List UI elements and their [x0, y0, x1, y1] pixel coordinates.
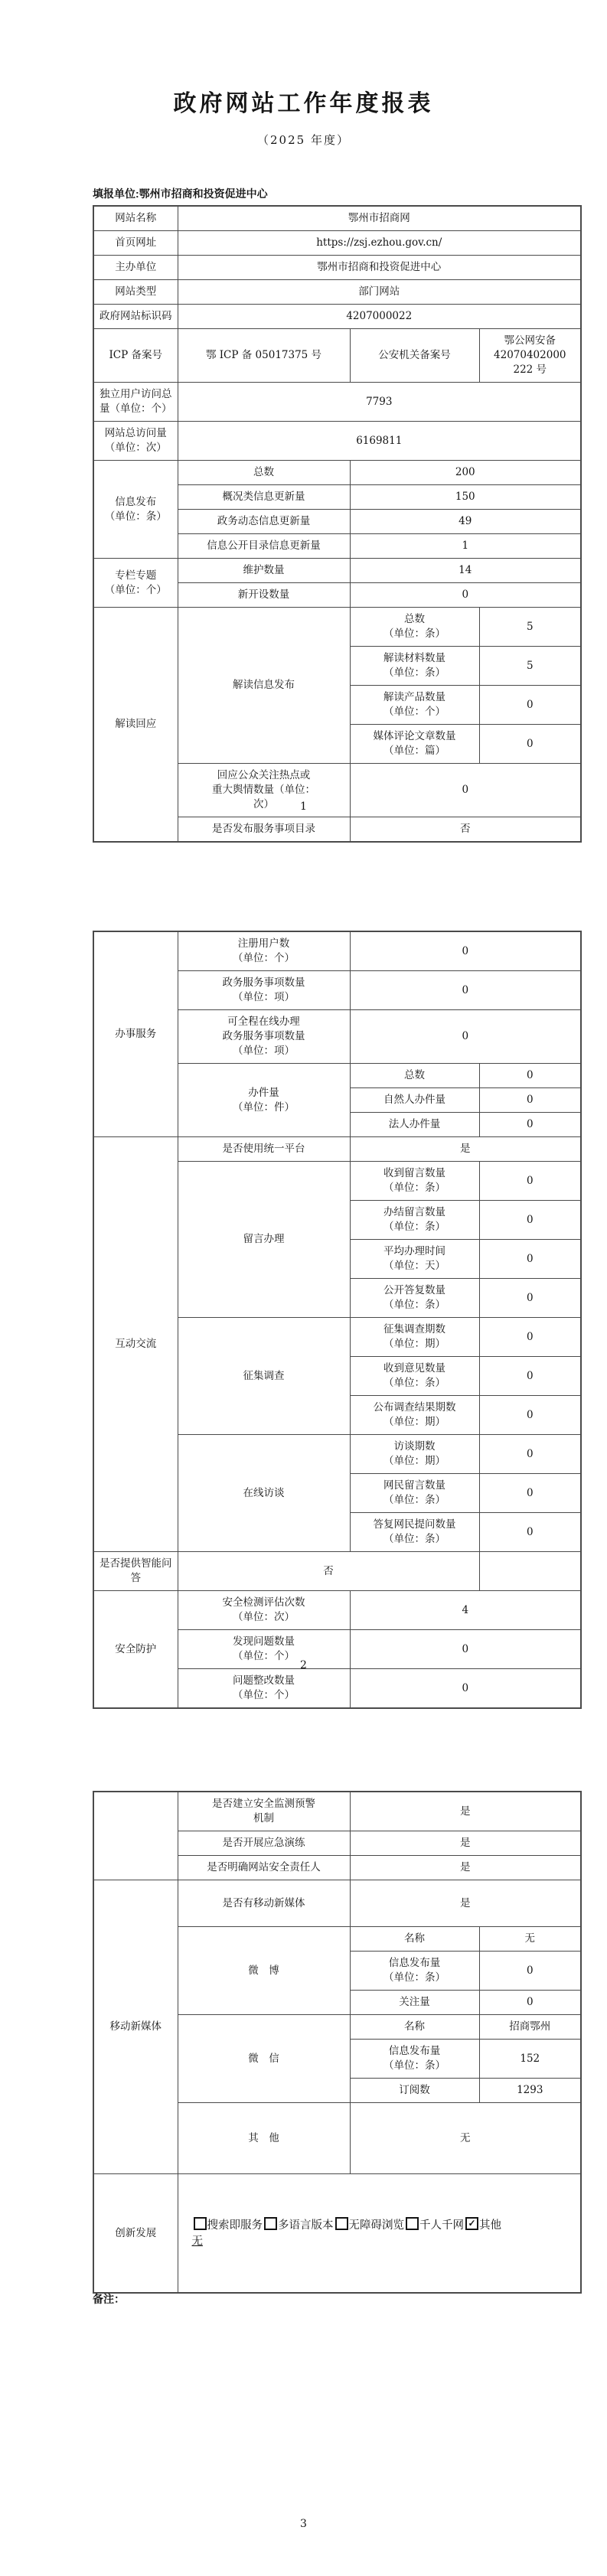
msg-received-label: 收到留言数量 （单位：条）	[350, 1162, 479, 1201]
cell-line2: 重大舆情数量（单位：	[181, 783, 347, 797]
cell-unit: （单位：次）	[181, 1610, 347, 1625]
row-security-checks: 安全防护 安全检测评估次数 （单位：次） 4	[93, 1591, 581, 1630]
police-record-value: 鄂公网安备 42070402000 222 号	[479, 329, 581, 383]
filer-unit: 填报单位:鄂州市招商和投资促进中心	[93, 186, 268, 201]
note-label: 备注：	[93, 2291, 125, 2307]
cell-line1: 可全程在线办理	[181, 1015, 347, 1029]
talk-count-label: 访谈期数 （单位：期）	[350, 1435, 479, 1474]
info-overview-label: 概况类信息更新量	[178, 485, 350, 510]
talk-section-label: 在线访谈	[178, 1435, 350, 1552]
talk-replies-value: 0	[479, 1513, 581, 1552]
checkbox-other-checked: ✓	[465, 2217, 478, 2230]
smart-qa-label: 是否提供智能问答	[93, 1552, 178, 1591]
weibo-followers-value: 0	[479, 1991, 581, 2015]
problems-fixed-value: 0	[350, 1669, 581, 1709]
cell-line1: 是否建立安全监测预警	[181, 1797, 347, 1811]
msg-avg-time-label: 平均办理时间 （单位：天）	[350, 1240, 479, 1279]
talk-messages-label: 网民留言数量 （单位：条）	[350, 1474, 479, 1513]
info-pub-unit: （单位：条）	[97, 510, 175, 524]
site-name-value: 鄂州市招商网	[178, 206, 581, 231]
page-number-3: 3	[0, 2518, 607, 2530]
cell-label: 收到意见数量	[354, 1361, 476, 1376]
volume-legal-label: 法人办件量	[350, 1113, 479, 1137]
row-innovation: 创新发展 搜索即服务多语言版本无障碍浏览千人千网✓其他 无	[93, 2174, 581, 2294]
info-catalog-label: 信息公开目录信息更新量	[178, 534, 350, 559]
info-pub-label: 信息发布	[97, 495, 175, 510]
cell-unit: （单位：件）	[181, 1101, 347, 1115]
unique-visitors-value: 7793	[178, 383, 581, 422]
security-section-label: 安全防护	[93, 1591, 178, 1709]
wechat-name-value: 招商鄂州	[479, 2015, 581, 2040]
uv-line1: 独立用户访问总	[97, 387, 175, 402]
cell-label: 解读材料数量	[354, 651, 476, 666]
cell-label: 征集调查期数	[354, 1322, 476, 1337]
service-interaction-table: 办事服务 注册用户数 （单位：个） 0 政务服务事项数量 （单位：项） 0 可全…	[93, 931, 582, 1709]
option-label: 无障碍浏览	[349, 2219, 405, 2232]
police-record-line3: 222 号	[483, 363, 578, 377]
unified-platform-value: 是	[350, 1137, 581, 1162]
cell-unit: （单位：条）	[354, 1298, 476, 1312]
survey-results-label: 公布调查结果期数 （单位：期）	[350, 1396, 479, 1435]
info-total-value: 200	[350, 461, 581, 485]
service-items-label: 政务服务事项数量 （单位：项）	[178, 971, 350, 1010]
checkbox-personalized	[406, 2217, 419, 2230]
row-home-url: 首页网址 https://zsj.ezhou.gov.cn/	[93, 231, 581, 256]
row-has-mobile-media: 移动新媒体 是否有移动新媒体 是	[93, 1880, 581, 1927]
site-type-label: 网站类型	[93, 280, 178, 305]
info-dynamic-label: 政务动态信息更新量	[178, 510, 350, 534]
column-new-value: 0	[350, 583, 581, 608]
cell-label: 平均办理时间	[354, 1244, 476, 1259]
cell-unit: （单位：个）	[181, 1688, 347, 1703]
interpret-material-value: 5	[479, 647, 581, 686]
row-total-visits: 网站总访问量 （单位：次） 6169811	[93, 422, 581, 461]
unique-visitors-label: 独立用户访问总 量（单位：个）	[93, 383, 178, 422]
weibo-name-label: 名称	[350, 1927, 479, 1952]
security-checks-value: 4	[350, 1591, 581, 1630]
innovation-section-label: 创新发展	[93, 2174, 178, 2294]
monitor-warning-label: 是否建立安全监测预警 机制	[178, 1792, 350, 1831]
cell-label: 政务服务事项数量	[181, 976, 347, 990]
security-checks-label: 安全检测评估次数 （单位：次）	[178, 1591, 350, 1630]
info-pub-section-label: 信息发布 （单位：条）	[93, 461, 178, 559]
info-dynamic-value: 49	[350, 510, 581, 534]
cell-label: 公布调查结果期数	[354, 1400, 476, 1415]
registered-users-value: 0	[350, 931, 581, 971]
weibo-section-label: 微 博	[178, 1927, 350, 2015]
survey-opinions-value: 0	[479, 1357, 581, 1396]
checkbox-multilingual	[264, 2217, 277, 2230]
cell-label: 信息发布量	[354, 1956, 476, 1971]
volume-total-value: 0	[479, 1064, 581, 1088]
home-url-value: https://zsj.ezhou.gov.cn/	[178, 231, 581, 256]
msg-done-label: 办结留言数量 （单位：条）	[350, 1201, 479, 1240]
cell-label: 办件量	[181, 1086, 347, 1101]
cell-unit: （单位：期）	[354, 1337, 476, 1352]
other-media-label: 其 他	[178, 2103, 350, 2174]
icp-value: 鄂 ICP 备 05017375 号	[178, 329, 350, 383]
total-visits-value: 6169811	[178, 422, 581, 461]
pv-unit: （单位：次）	[97, 441, 175, 455]
has-mobile-media-label: 是否有移动新媒体	[178, 1880, 350, 1927]
wechat-posts-label: 信息发布量 （单位：条）	[350, 2040, 479, 2079]
innovation-options-line: 搜索即服务多语言版本无障碍浏览千人千网✓其他	[192, 2217, 567, 2233]
column-maintain-value: 14	[350, 559, 581, 583]
security-officer-label: 是否明确网站安全责任人	[178, 1856, 350, 1880]
cell-unit: （单位：条）	[354, 627, 476, 641]
service-catalog-label: 是否发布服务事项目录	[178, 817, 350, 843]
cell-unit: （单位：条）	[354, 1181, 476, 1195]
weibo-followers-label: 关注量	[350, 1991, 479, 2015]
interpret-pub-label: 解读信息发布	[178, 608, 350, 764]
interpret-material-label: 解读材料数量 （单位：条）	[350, 647, 479, 686]
police-record-line1: 鄂公网安备	[483, 334, 578, 348]
option-label: 多语言版本	[278, 2219, 334, 2232]
cell-line3: （单位：项）	[181, 1044, 347, 1058]
cell-label: 问题整改数量	[181, 1674, 347, 1688]
pv-label: 网站总访问量	[97, 426, 175, 441]
interpret-total-value: 5	[479, 608, 581, 647]
cell-unit: （单位：条）	[354, 1376, 476, 1391]
cell-label: 发现问题数量	[181, 1635, 347, 1649]
unified-platform-label: 是否使用统一平台	[178, 1137, 350, 1162]
weibo-posts-value: 0	[479, 1952, 581, 1991]
msg-avg-time-value: 0	[479, 1240, 581, 1279]
cell-unit: （单位：项）	[181, 990, 347, 1005]
option-label: 千人千网	[419, 2219, 464, 2232]
msg-public-reply-label: 公开答复数量 （单位：条）	[350, 1279, 479, 1318]
site-code-value: 4207000022	[178, 305, 581, 329]
cell-line2: 机制	[181, 1811, 347, 1826]
site-type-value: 部门网站	[178, 280, 581, 305]
site-code-label: 政府网站标识码	[93, 305, 178, 329]
emergency-drill-label: 是否开展应急演练	[178, 1831, 350, 1856]
doc-title: 政府网站工作年度报表	[0, 84, 607, 118]
cell-unit: （单位：篇）	[354, 744, 476, 758]
service-items-value: 0	[350, 971, 581, 1010]
row-unified-platform: 互动交流 是否使用统一平台 是	[93, 1137, 581, 1162]
cell-unit: （单位：条）	[354, 1220, 476, 1234]
msg-public-reply-value: 0	[479, 1279, 581, 1318]
doc-subtitle: （2025 年度）	[0, 132, 607, 148]
row-info-total: 信息发布 （单位：条） 总数 200	[93, 461, 581, 485]
emergency-drill-value: 是	[350, 1831, 581, 1856]
online-items-label: 可全程在线办理 政务服务事项数量 （单位：项）	[178, 1010, 350, 1064]
security-mobile-table: 是否建立安全监测预警 机制 是 是否开展应急演练 是 是否明确网站安全责任人 是…	[93, 1791, 582, 2294]
cell-line1: 回应公众关注热点或	[181, 768, 347, 783]
interpret-product-value: 0	[479, 686, 581, 725]
info-catalog-value: 1	[350, 534, 581, 559]
column-label: 专栏专题	[97, 569, 175, 583]
interpret-total-label: 总数 （单位：条）	[350, 608, 479, 647]
page-number-2: 2	[0, 1659, 607, 1671]
online-items-value: 0	[350, 1010, 581, 1064]
row-site-name: 网站名称 鄂州市招商网	[93, 206, 581, 231]
row-registered-users: 办事服务 注册用户数 （单位：个） 0	[93, 931, 581, 971]
talk-replies-label: 答复网民提问数量 （单位：条）	[350, 1513, 479, 1552]
security-officer-value: 是	[350, 1856, 581, 1880]
cell-unit: （单位：条）	[354, 2059, 476, 2073]
message-section-label: 留言办理	[178, 1162, 350, 1318]
innovation-other-text: 无	[192, 2235, 204, 2248]
row-interpret-total: 解读回应 解读信息发布 总数 （单位：条） 5	[93, 608, 581, 647]
cell-label: 总数	[354, 612, 476, 627]
wechat-subscribers-value: 1293	[479, 2079, 581, 2103]
volume-person-label: 自然人办件量	[350, 1088, 479, 1113]
cell-unit: （单位：条）	[354, 666, 476, 680]
row-site-type: 网站类型 部门网站	[93, 280, 581, 305]
icp-label: ICP 备案号	[93, 329, 178, 383]
problems-fixed-label: 问题整改数量 （单位：个）	[178, 1669, 350, 1709]
info-overview-value: 150	[350, 485, 581, 510]
talk-messages-value: 0	[479, 1474, 581, 1513]
interpret-media-label: 媒体评论文章数量 （单位：篇）	[350, 725, 479, 764]
volume-person-value: 0	[479, 1088, 581, 1113]
security-continued-cell	[93, 1792, 178, 1880]
sponsor-label: 主办单位	[93, 256, 178, 280]
survey-section-label: 征集调查	[178, 1318, 350, 1435]
survey-opinions-label: 收到意见数量 （单位：条）	[350, 1357, 479, 1396]
row-icp: ICP 备案号 鄂 ICP 备 05017375 号 公安机关备案号 鄂公网安备…	[93, 329, 581, 383]
cell-label: 公开答复数量	[354, 1283, 476, 1298]
weibo-name-value: 无	[479, 1927, 581, 1952]
cell-label: 网民留言数量	[354, 1479, 476, 1493]
has-mobile-media-value: 是	[350, 1880, 581, 1927]
wechat-posts-value: 152	[479, 2040, 581, 2079]
page-number-1: 1	[0, 801, 607, 813]
cell-label: 答复网民提问数量	[354, 1518, 476, 1532]
column-unit: （单位：个）	[97, 583, 175, 598]
column-section-label: 专栏专题 （单位：个）	[93, 559, 178, 608]
weibo-posts-label: 信息发布量 （单位：条）	[350, 1952, 479, 1991]
wechat-name-label: 名称	[350, 2015, 479, 2040]
cell-unit: （单位：个）	[354, 705, 476, 719]
row-unique-visitors: 独立用户访问总 量（单位：个） 7793	[93, 383, 581, 422]
cell-unit: （单位：期）	[354, 1415, 476, 1430]
row-monitor-warning: 是否建立安全监测预警 机制 是	[93, 1792, 581, 1831]
wechat-subscribers-label: 订阅数	[350, 2079, 479, 2103]
other-media-value: 无	[350, 2103, 581, 2174]
cell-unit: （单位：期）	[354, 1454, 476, 1469]
smart-qa-value: 否	[178, 1552, 479, 1591]
cell-label: 办结留言数量	[354, 1205, 476, 1220]
police-record-line2: 42070402000	[483, 348, 578, 363]
interpret-product-label: 解读产品数量 （单位：个）	[350, 686, 479, 725]
msg-done-value: 0	[479, 1201, 581, 1240]
cell-unit: （单位：条）	[354, 1971, 476, 1985]
column-new-label: 新开设数量	[178, 583, 350, 608]
basic-info-table: 网站名称 鄂州市招商网 首页网址 https://zsj.ezhou.gov.c…	[93, 205, 582, 843]
home-url-label: 首页网址	[93, 231, 178, 256]
mobile-section-label: 移动新媒体	[93, 1880, 178, 2174]
option-label: 搜索即服务	[207, 2219, 263, 2232]
interaction-section-label: 互动交流	[93, 1137, 178, 1552]
sponsor-value: 鄂州市招商和投资促进中心	[178, 256, 581, 280]
survey-count-value: 0	[479, 1318, 581, 1357]
row-smart-qa: 是否提供智能问答 否	[93, 1552, 581, 1591]
cell-label: 访谈期数	[354, 1440, 476, 1454]
cell-unit: （单位：个）	[181, 951, 347, 966]
cell-line2: 政务服务事项数量	[181, 1029, 347, 1044]
row-column-maintain: 专栏专题 （单位：个） 维护数量 14	[93, 559, 581, 583]
monitor-warning-value: 是	[350, 1792, 581, 1831]
row-sponsor: 主办单位 鄂州市招商和投资促进中心	[93, 256, 581, 280]
cell-unit: （单位：条）	[354, 1532, 476, 1547]
service-section-label: 办事服务	[93, 931, 178, 1137]
info-total-label: 总数	[178, 461, 350, 485]
row-site-code: 政府网站标识码 4207000022	[93, 305, 581, 329]
innovation-content: 搜索即服务多语言版本无障碍浏览千人千网✓其他 无	[178, 2174, 581, 2294]
cell-unit: （单位：条）	[354, 1493, 476, 1508]
site-name-label: 网站名称	[93, 206, 178, 231]
police-record-label: 公安机关备案号	[350, 329, 479, 383]
volume-legal-value: 0	[479, 1113, 581, 1137]
cell-label: 安全检测评估次数	[181, 1596, 347, 1610]
cell-label: 媒体评论文章数量	[354, 729, 476, 744]
wechat-section-label: 微 信	[178, 2015, 350, 2103]
cell-label: 收到留言数量	[354, 1166, 476, 1181]
column-maintain-label: 维护数量	[178, 559, 350, 583]
registered-users-label: 注册用户数 （单位：个）	[178, 931, 350, 971]
cell-label: 解读产品数量	[354, 690, 476, 705]
volume-total-label: 总数	[350, 1064, 479, 1088]
checkbox-search-service	[194, 2217, 207, 2230]
checkbox-accessibility	[335, 2217, 348, 2230]
total-visits-label: 网站总访问量 （单位：次）	[93, 422, 178, 461]
uv-line2: 量（单位：个）	[97, 402, 175, 416]
cell-label: 注册用户数	[181, 937, 347, 951]
service-catalog-value: 否	[350, 817, 581, 843]
cell-unit: （单位：天）	[354, 1259, 476, 1273]
volume-section-label: 办件量 （单位：件）	[178, 1064, 350, 1137]
talk-count-value: 0	[479, 1435, 581, 1474]
survey-count-label: 征集调查期数 （单位：期）	[350, 1318, 479, 1357]
msg-received-value: 0	[479, 1162, 581, 1201]
interpret-media-value: 0	[479, 725, 581, 764]
cell-label: 信息发布量	[354, 2044, 476, 2059]
survey-results-value: 0	[479, 1396, 581, 1435]
option-label: 其他	[479, 2219, 501, 2232]
